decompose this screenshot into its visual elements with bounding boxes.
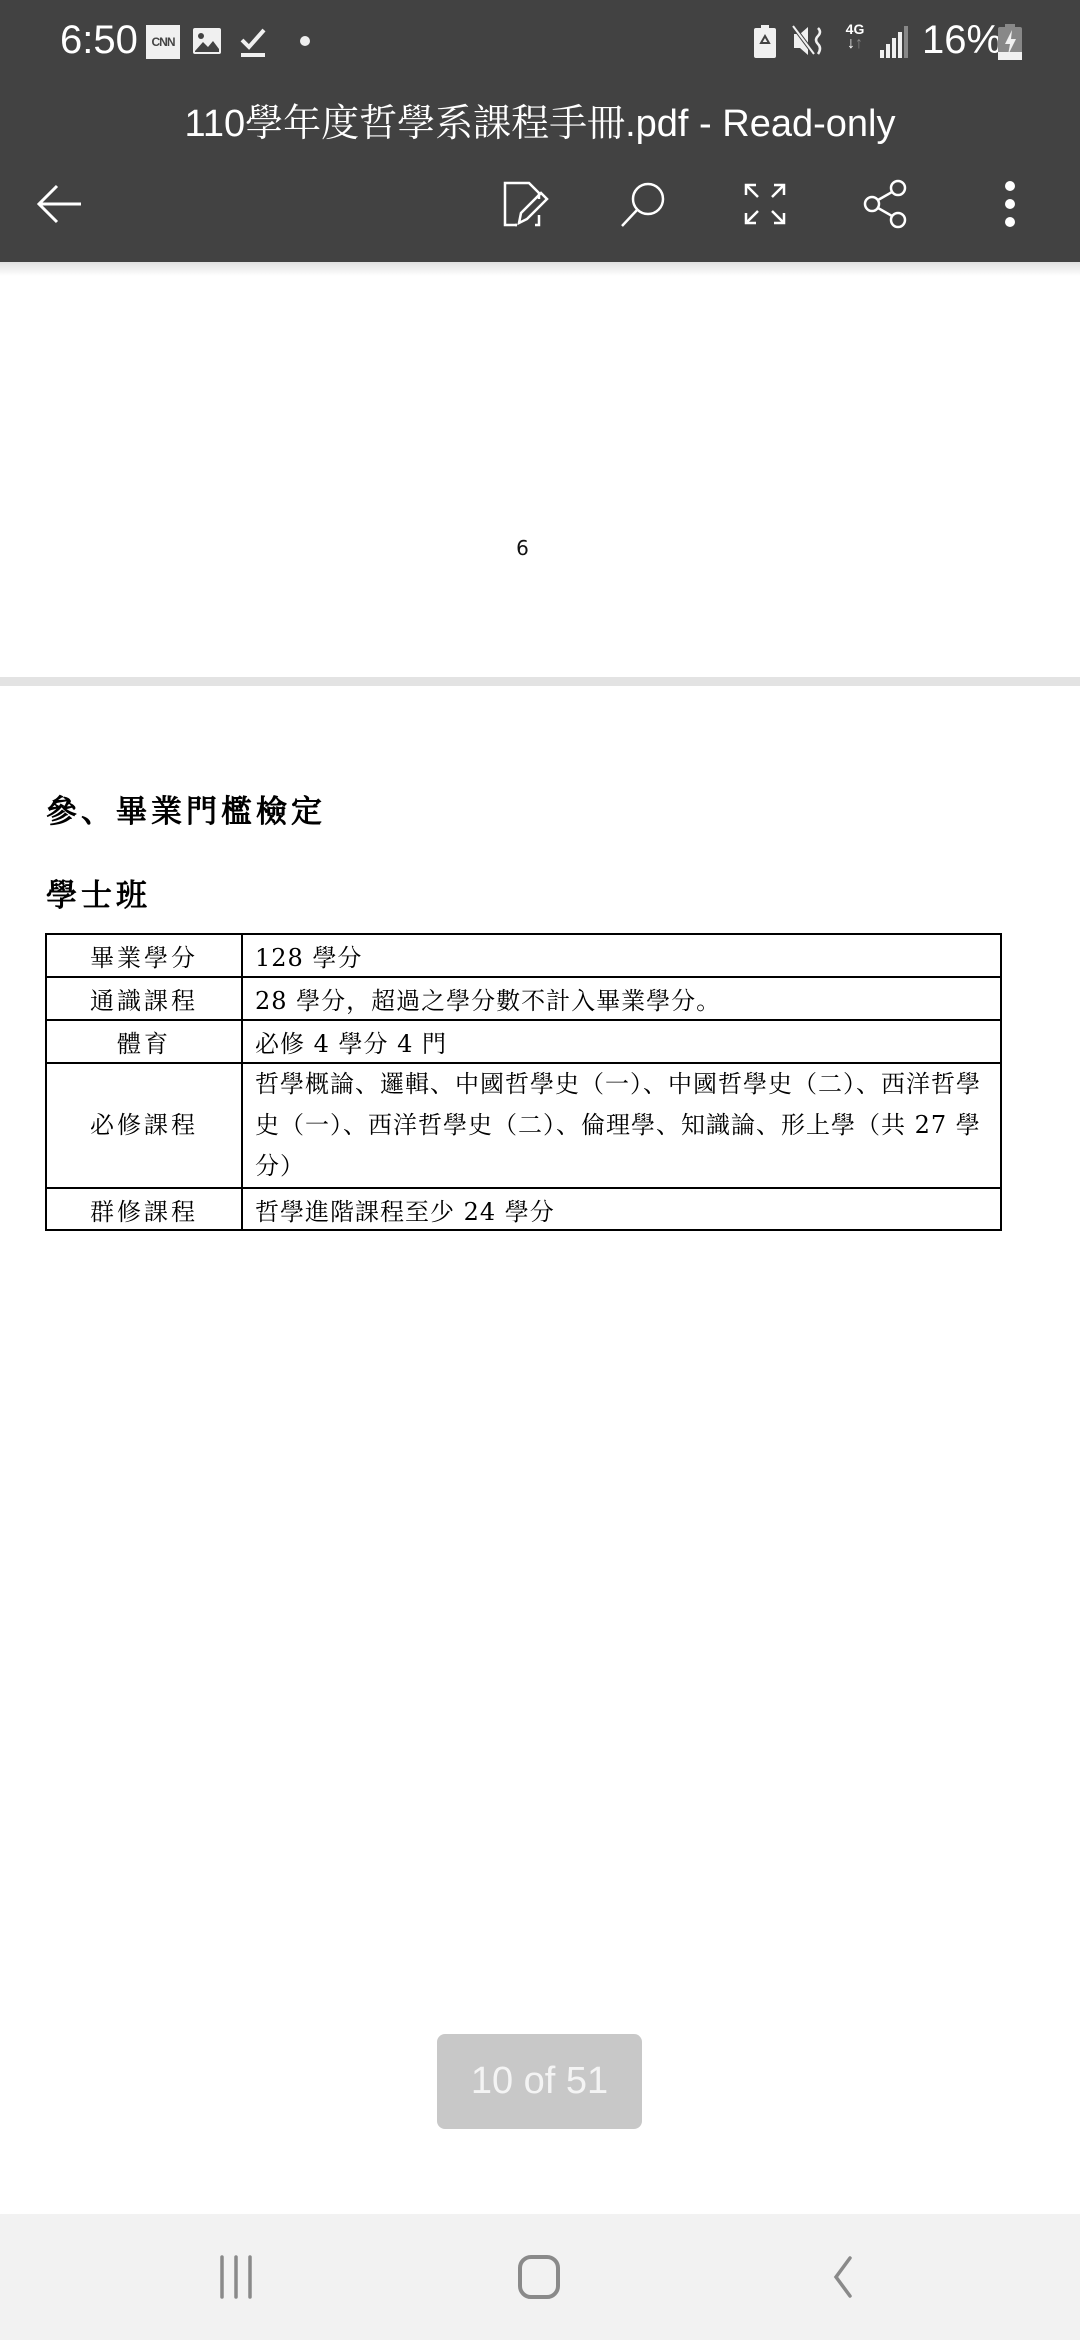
row-value: 128 學分: [242, 934, 1001, 977]
dot-icon: [300, 36, 310, 46]
more-options-button[interactable]: [970, 164, 1050, 244]
table-row: 體育 必修 4 學分 4 門: [46, 1020, 1001, 1063]
status-bar: 6:50 CNN 4G↓↑ 16%: [0, 0, 1080, 84]
edit-document-icon: [501, 179, 549, 229]
mute-icon: [792, 24, 826, 58]
page-separator: [0, 677, 1080, 686]
more-vert-icon: [1000, 179, 1020, 229]
table-row: 必修課程 哲學概論、邏輯、中國哲學史（一）、中國哲學史（二）、西洋哲學史（一）、…: [46, 1063, 1001, 1188]
share-button[interactable]: [846, 164, 926, 244]
home-icon: [516, 2254, 562, 2300]
row-value: 哲學進階課程至少 24 學分: [242, 1188, 1001, 1230]
battery-saver-icon: [754, 25, 776, 58]
subheading: 學士班: [46, 870, 151, 915]
fullscreen-button[interactable]: [725, 164, 805, 244]
search-icon: [618, 179, 668, 229]
signal-icon: [880, 26, 908, 58]
download-done-icon: [240, 26, 266, 58]
row-value: 必修 4 學分 4 門: [242, 1020, 1001, 1063]
arrow-left-icon: [35, 184, 85, 224]
table-row: 通識課程 28 學分，超過之學分數不計入畢業學分。: [46, 977, 1001, 1020]
navigation-bar: [0, 2214, 1080, 2340]
edit-button[interactable]: [485, 164, 565, 244]
row-label: 體育: [46, 1020, 242, 1063]
home-button[interactable]: [489, 2234, 589, 2320]
system-back-button[interactable]: [792, 2234, 892, 2320]
recent-apps-icon: [216, 2255, 256, 2299]
section-heading: 參、畢業門檻檢定: [46, 786, 326, 831]
share-icon: [861, 179, 911, 229]
table-row: 群修課程 哲學進階課程至少 24 學分: [46, 1188, 1001, 1230]
previous-page-number: 6: [0, 536, 1045, 560]
4g-data-icon: 4G↓↑: [840, 22, 870, 60]
fullscreen-icon: [742, 181, 788, 227]
row-value: 哲學概論、邏輯、中國哲學史（一）、中國哲學史（二）、西洋哲學史（一）、西洋哲學史…: [242, 1063, 1001, 1188]
row-label: 群修課程: [46, 1188, 242, 1230]
search-button[interactable]: [603, 164, 683, 244]
battery-charging-icon: [998, 24, 1022, 60]
page-indicator: 10 of 51: [437, 2034, 642, 2129]
table-row: 畢業學分 128 學分: [46, 934, 1001, 977]
chevron-left-icon: [827, 2255, 857, 2299]
row-label: 畢業學分: [46, 934, 242, 977]
recent-apps-button[interactable]: [186, 2234, 286, 2320]
clock: 6:50: [60, 18, 138, 63]
back-button[interactable]: [20, 164, 100, 244]
graduation-requirements-table: 畢業學分 128 學分 通識課程 28 學分，超過之學分數不計入畢業學分。 體育…: [45, 933, 1002, 1231]
row-value: 28 學分，超過之學分數不計入畢業學分。: [242, 977, 1001, 1020]
document-title: 110學年度哲學系課程手冊.pdf - Read-only: [0, 92, 1080, 147]
battery-percent: 16%: [922, 18, 1002, 63]
cnn-icon: CNN: [146, 25, 180, 59]
row-label: 必修課程: [46, 1063, 242, 1188]
app-bar: 110學年度哲學系課程手冊.pdf - Read-only: [0, 84, 1080, 262]
row-label: 通識課程: [46, 977, 242, 1020]
toolbar-shadow: [0, 262, 1080, 276]
image-icon: [192, 26, 222, 56]
